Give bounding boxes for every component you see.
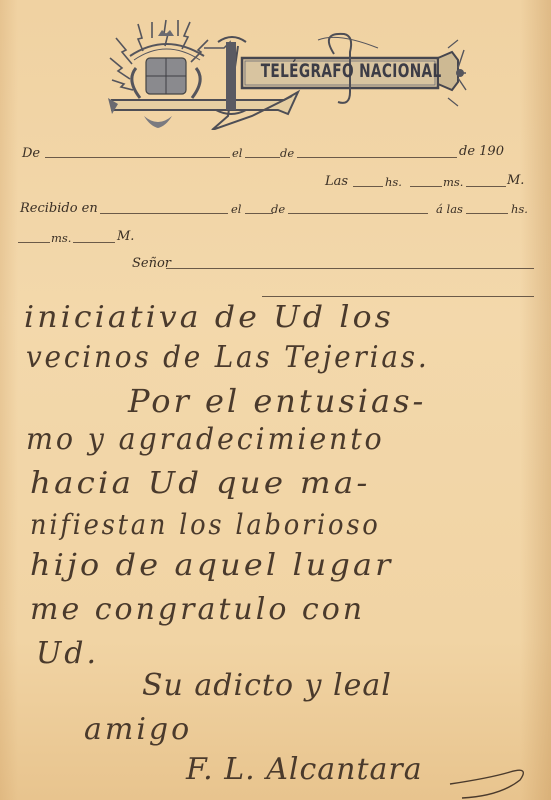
closing-line-1: Su adicto y leal (142, 668, 392, 703)
label-recibido: Recibido en (20, 201, 98, 216)
message-line-2: vecinos de Las Tejerias. (26, 340, 430, 375)
label-de-2: de (271, 202, 285, 216)
field-hours[interactable] (353, 186, 383, 187)
field-received-month[interactable] (288, 213, 428, 214)
label-hs-2: hs. (511, 202, 528, 216)
label-de-month: de (280, 146, 294, 160)
field-received-minutes[interactable] (18, 242, 50, 243)
label-a-las: á las (436, 202, 463, 216)
label-hs: hs. (385, 175, 402, 189)
field-day[interactable] (245, 157, 280, 158)
field-received-at[interactable] (100, 213, 228, 214)
label-el-2: el (231, 202, 241, 216)
message-line-1: iniciativa de Ud los (24, 300, 394, 335)
field-origin[interactable] (45, 157, 230, 158)
field-minutes[interactable] (410, 186, 442, 187)
label-m-2: M. (117, 229, 134, 244)
label-las: Las (325, 174, 348, 189)
message-line-5: hacia Ud que ma- (30, 466, 371, 501)
closing-line-2: amigo (84, 712, 192, 747)
label-year: de 190 (459, 144, 504, 159)
field-recipient-address[interactable] (262, 296, 534, 297)
label-ms-2: ms. (51, 231, 71, 245)
message-line-7: hijo de aquel lugar (30, 548, 394, 583)
signature: F. L. Alcantara (186, 752, 423, 787)
field-recipient[interactable] (166, 268, 534, 269)
label-ms: ms. (443, 175, 463, 189)
message-line-8: me congratulo con (30, 592, 365, 627)
label-m: M. (507, 173, 524, 188)
signature-flourish (440, 760, 540, 800)
field-received-meridiem[interactable] (73, 242, 115, 243)
field-meridiem[interactable] (466, 186, 506, 187)
field-received-day[interactable] (245, 213, 273, 214)
label-el: el (232, 146, 242, 160)
message-line-9: Ud. (36, 636, 99, 671)
message-line-3: Por el entusias- (128, 382, 426, 420)
letterhead: TELÉGRAFO NACIONAL (108, 18, 473, 130)
label-de: De (22, 146, 40, 161)
field-month[interactable] (297, 157, 457, 158)
telegram-page: TELÉGRAFO NACIONAL De el de de 190 Las h… (0, 0, 551, 800)
field-received-hours[interactable] (466, 213, 508, 214)
letterhead-title: TELÉGRAFO NACIONAL (246, 54, 456, 88)
message-line-6: nifiestan los laborioso (30, 508, 381, 541)
message-line-4: mo y agradecimiento (26, 422, 385, 457)
